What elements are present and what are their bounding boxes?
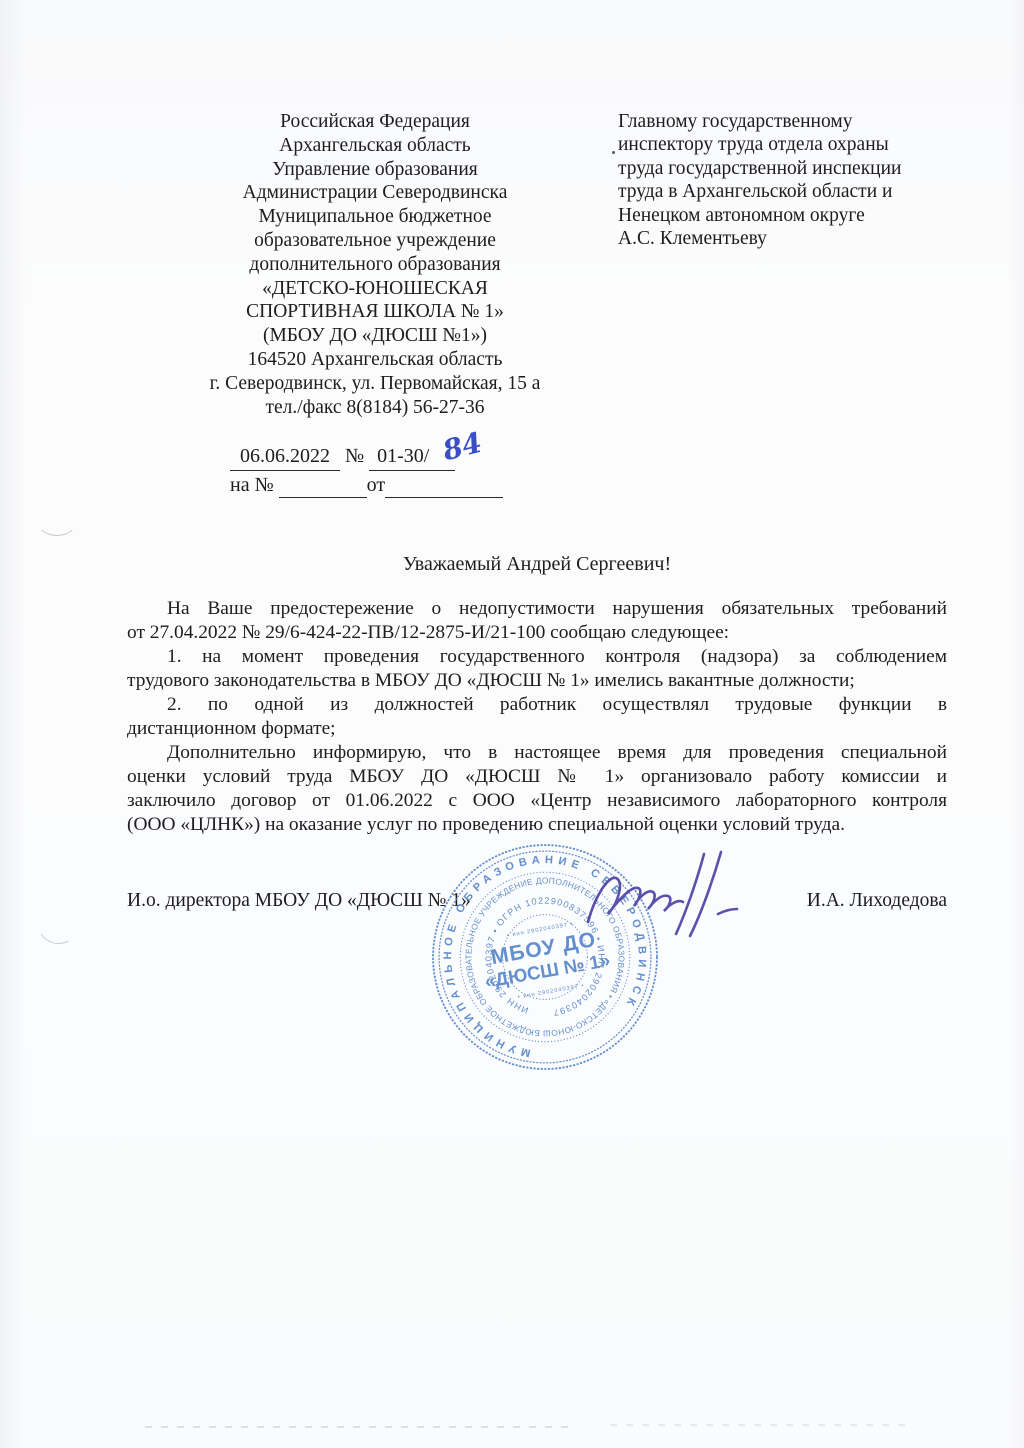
letterhead-line: Администрации Северодвинска: [163, 181, 587, 205]
body-line: трудового законодательства в МБОУ ДО «ДЮ…: [127, 669, 947, 693]
letterhead: Российская Федерация Архангельская облас…: [163, 110, 587, 419]
addressee-line: труда в Архангельской области и: [618, 180, 928, 203]
body-line: На Ваше предостережение о недопустимости…: [127, 597, 947, 621]
letterhead-line: «ДЕТСКО-ЮНОШЕСКАЯ: [163, 277, 587, 301]
addressee-line: А.С. Клементьеву: [618, 227, 928, 250]
reply-number-blank: [279, 477, 367, 498]
body-line: Дополнительно информирую, что в настояще…: [127, 741, 947, 765]
body-line: 1. на момент проведения государственного…: [127, 645, 947, 669]
reply-prefix: на №: [230, 474, 274, 496]
letterhead-line: (МБОУ ДО «ДЮСШ №1»): [163, 324, 587, 348]
handwritten-number: 84: [441, 430, 485, 465]
addressee-line: инспектору труда отдела охраны: [618, 133, 928, 156]
letterhead-line: Архангельская область: [163, 134, 587, 158]
number-label: №: [345, 445, 364, 467]
letterhead-line: Муниципальное бюджетное: [163, 205, 587, 229]
letterhead-line: Управление образования: [163, 158, 587, 182]
body-line: 2. по одной из должностей работник осуще…: [127, 693, 947, 717]
scan-speck: [612, 151, 615, 154]
letterhead-line: 164520 Архангельская область: [163, 348, 587, 372]
hole-punch-mark: [34, 902, 82, 949]
scan-edge-artifact: [610, 1424, 910, 1426]
addressee-line: труда государственной инспекции: [618, 157, 928, 180]
body-line: заключило договор от 01.06.2022 с ООО «Ц…: [127, 789, 947, 813]
addressee-block: Главному государственному инспектору тру…: [618, 110, 928, 250]
letterhead-line: Российская Федерация: [163, 110, 587, 134]
body-line: (ООО «ЦЛНК») на оказание услуг по провед…: [127, 813, 947, 837]
salutation: Уважаемый Андрей Сергеевич!: [127, 553, 947, 576]
body-line: дистанционном формате;: [127, 717, 947, 741]
body-line: оценки условий труда МБОУ ДО «ДЮСШ № 1» …: [127, 765, 947, 789]
letterhead-line: СПОРТИВНАЯ ШКОЛА № 1»: [163, 300, 587, 324]
reference-date-line: 06.06.2022 № 01-30/84: [230, 443, 503, 471]
stamp-inn-small: • инн 2902040397 •: [517, 983, 584, 1001]
signer-position: И.о. директора МБОУ ДО «ДЮСШ № 1»: [127, 890, 471, 912]
scan-edge-artifact: [145, 1426, 575, 1428]
addressee-line: Ненецком автономном округе: [618, 204, 928, 227]
reply-date-blank: [385, 477, 503, 498]
reference-reply-line: на № от: [230, 472, 503, 498]
letterhead-line: образовательное учреждение: [163, 229, 587, 253]
letterhead-line: тел./факс 8(8184) 56-27-36: [163, 396, 587, 420]
letterhead-line: г. Северодвинск, ул. Первомайская, 15 а: [163, 372, 587, 396]
reference-block: 06.06.2022 № 01-30/84 на № от: [230, 443, 503, 498]
addressee-line: Главному государственному: [618, 110, 928, 133]
letter-page: Российская Федерация Архангельская облас…: [0, 0, 1024, 1448]
document-number: 01-30/84: [369, 443, 455, 471]
letterhead-line: дополнительного образования: [163, 253, 587, 277]
document-number-typed: 01-30/: [377, 445, 429, 467]
handwritten-signature: [582, 846, 754, 942]
letter-body: На Ваше предостережение о недопустимости…: [127, 597, 947, 837]
signer-name: И.А. Лиходедова: [807, 890, 947, 912]
document-date: 06.06.2022: [230, 443, 340, 471]
reply-ot: от: [367, 474, 385, 496]
body-line: от 27.04.2022 № 29/6-424-22-ПВ/12-2875-И…: [127, 621, 947, 645]
hole-punch-mark: [36, 502, 78, 536]
